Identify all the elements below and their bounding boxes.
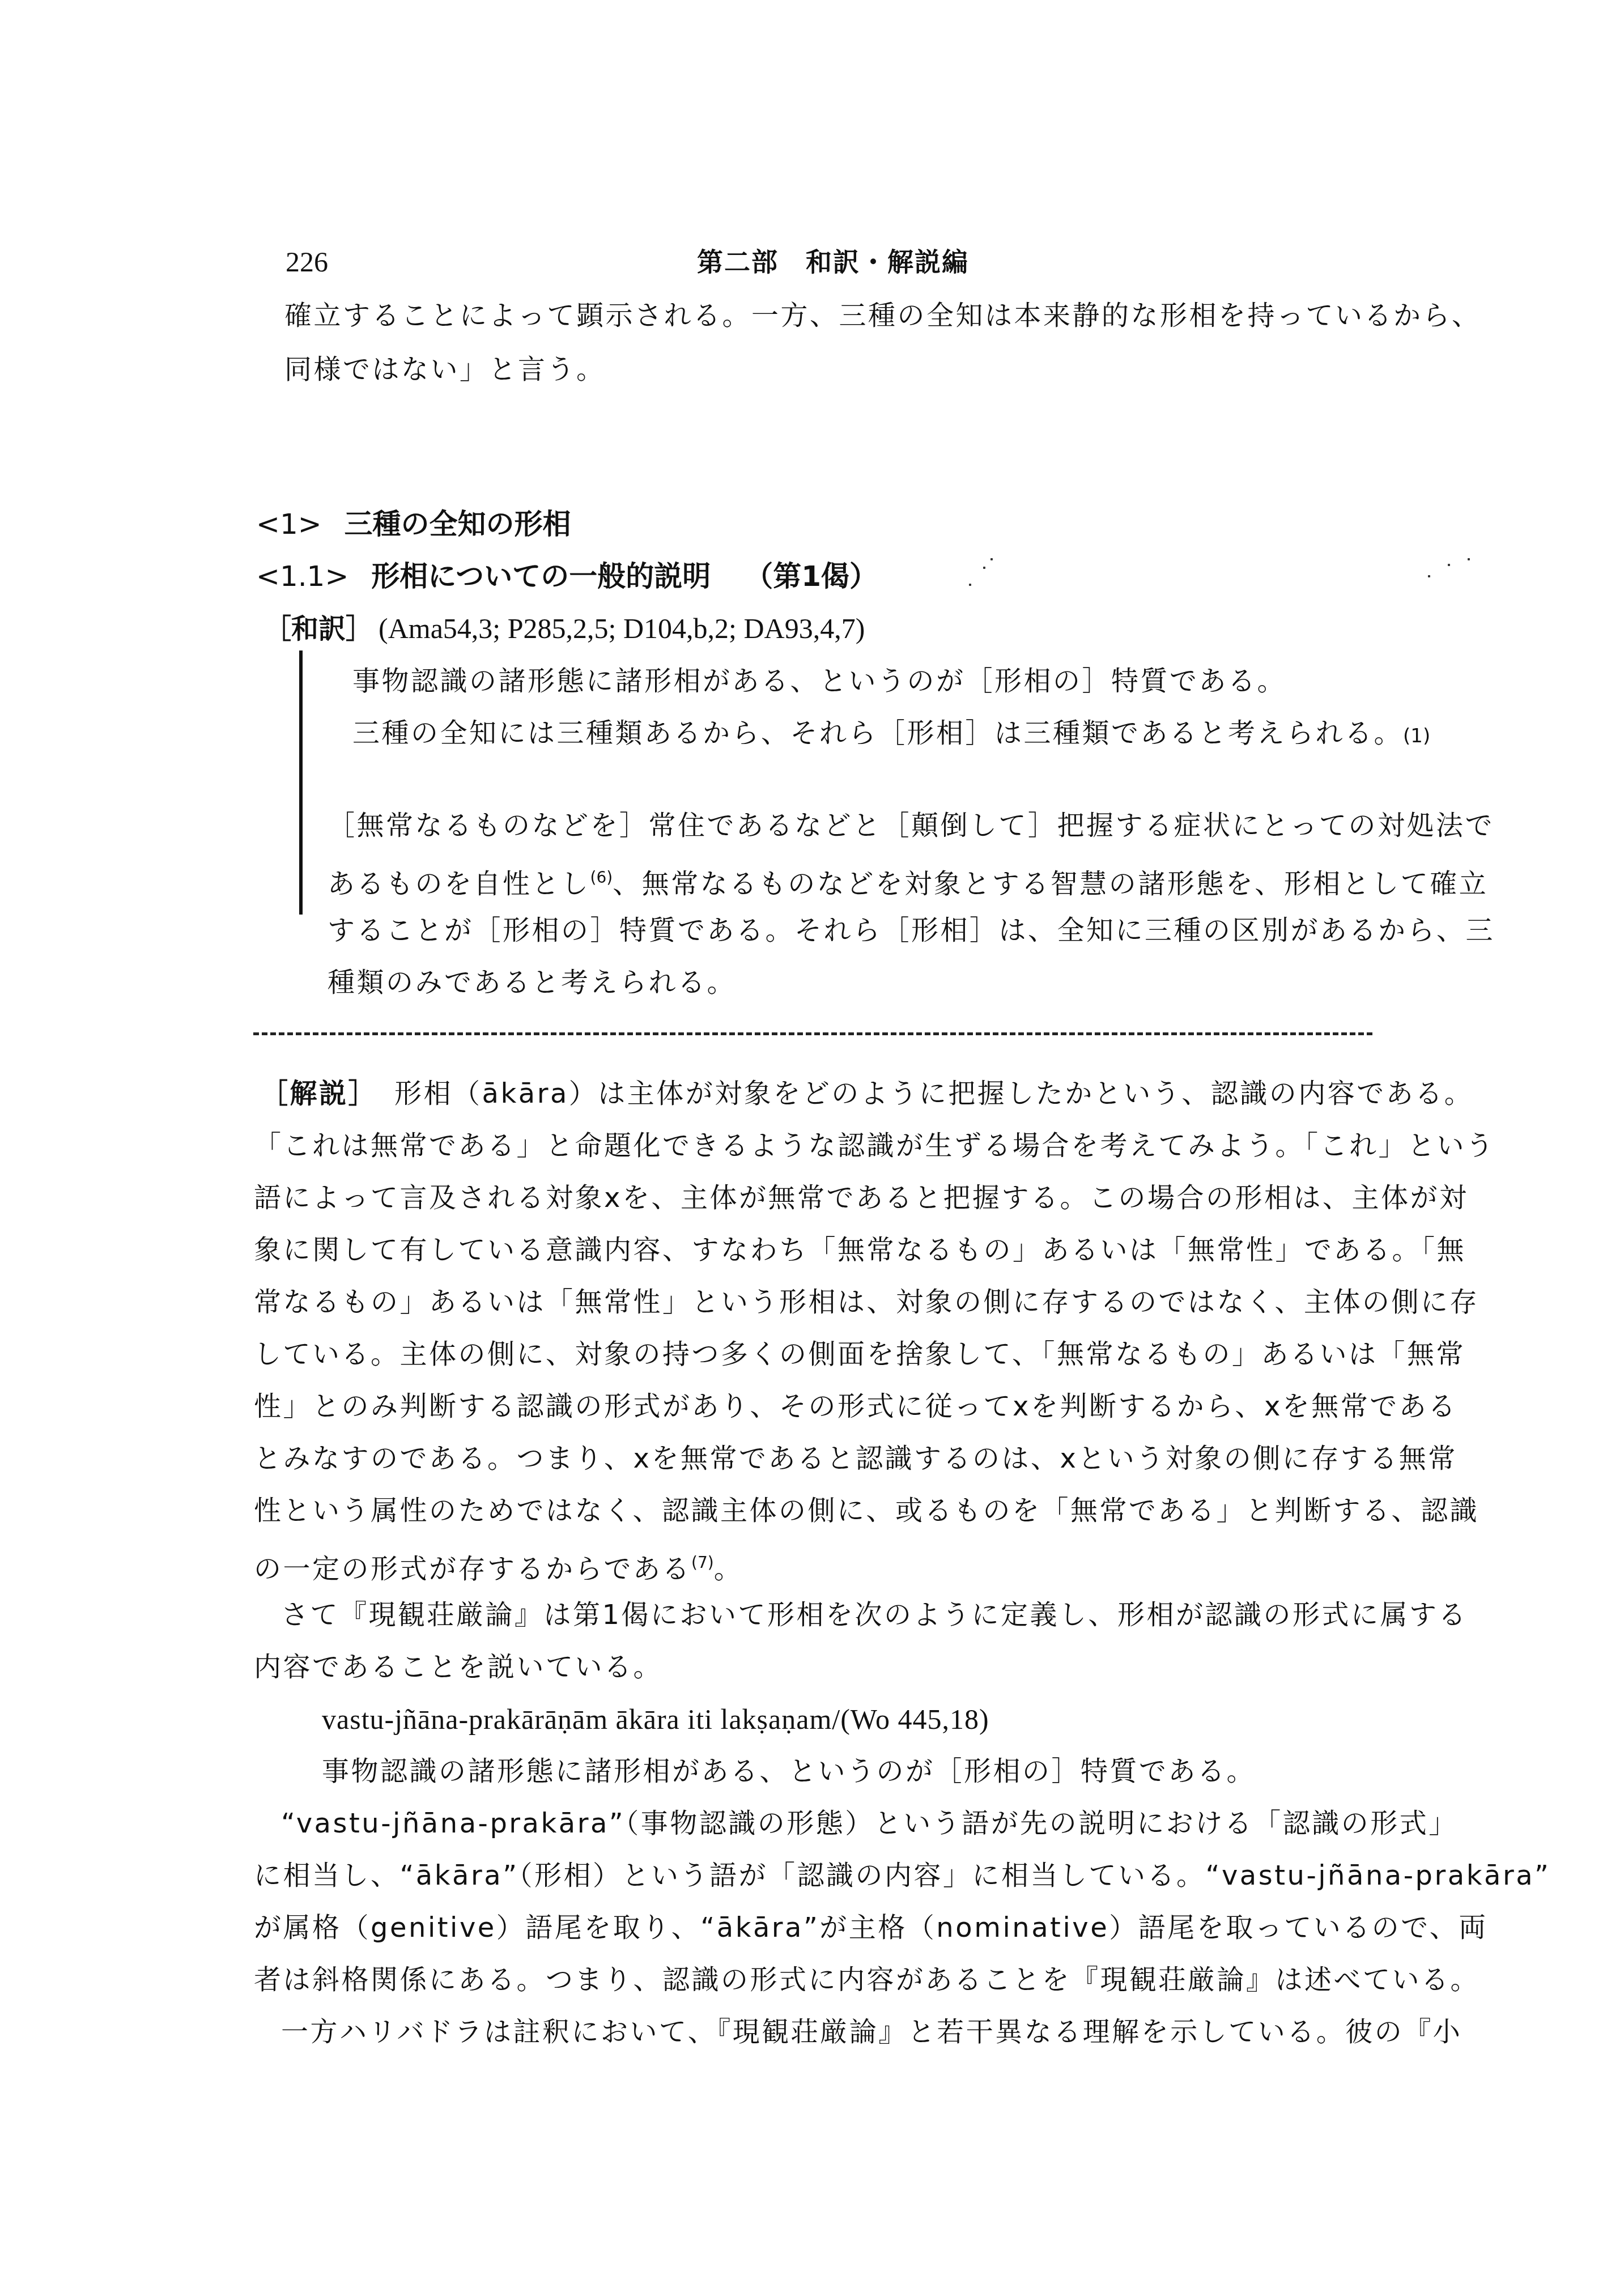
running-title: 第二部 和訳・解説編 (697, 245, 969, 279)
scan-speck (1468, 558, 1470, 560)
scan-speck (969, 584, 971, 586)
explanation-line-7: 性」とのみ判断する認識の形式があり、その形式に従ってxを判断するから、xを無常で… (254, 1388, 1457, 1425)
document-page: 226 第二部 和訳・解説編 確立することによって顕示される。一方、三種の全知は… (0, 0, 1624, 2296)
translation-label: ［和訳］ (264, 613, 373, 645)
translation-block-bar (299, 650, 303, 915)
translation-sources: (Ama54,3; P285,2,5; D104,b,2; DA93,4,7) (379, 613, 865, 644)
japanese-quotation: 事物認識の諸形態に諸形相がある、というのが［形相の］特質である。 (322, 1753, 1256, 1789)
explanation-line-8: とみなすのである。つまり、xを無常であると認識するのは、xという対象の側に存する… (254, 1440, 1457, 1477)
section-title: 三種の全知の形相 (345, 508, 571, 541)
subsection-title: 形相についての一般的説明 (371, 560, 711, 593)
section-heading: <1>三種の全知の形相 (256, 506, 571, 542)
section-number: <1> (256, 508, 322, 541)
paragraph-3-line-4: 者は斜格関係にある。つまり、認識の形式に内容があることを『現観荘厳論』は述べてい… (254, 1962, 1480, 1998)
scan-speck (983, 567, 985, 569)
paragraph-2-line-1: さて『現観荘厳論』は第1偈において形相を次のように定義し、形相が認識の形式に属す… (281, 1597, 1468, 1633)
footnote-ref-7: (7) (691, 1553, 714, 1572)
commentary-line-2b: 、無常なるものなどを対象とする智慧の諸形態を、形相として確立 (613, 868, 1488, 900)
footnote-ref-1: (1) (1403, 725, 1430, 747)
paragraph-2-line-2: 内容であることを説いている。 (254, 1649, 662, 1685)
explanation-line-4: 象に関して有している意識内容、すなわち「無常なるもの」あるいは「無常性」である。… (254, 1232, 1466, 1268)
paragraph-3-line-3: が属格（genitive）語尾を取り、“ākāra”が主格（nominative… (254, 1910, 1488, 1946)
section-divider (253, 1032, 1372, 1035)
commentary-line-3: することが［形相の］特質である。それら［形相］は、全知に三種の区別があるから、三 (328, 912, 1495, 949)
commentary-line-1: ［無常なるものなどを］常住であるなどと［顛倒して］把握する症状にとっての対処法で (328, 807, 1494, 844)
commentary-line-2: あるものを自性とし(6)、無常なるものなどを対象とする智慧の諸形態を、形相として… (328, 860, 1488, 902)
footnote-ref-6: (6) (590, 868, 613, 887)
explanation-label: ［解説］ (261, 1078, 377, 1109)
sanskrit-quotation: vastu-jñāna-prakārāṇām ākāra iti lakṣaṇa… (322, 1701, 989, 1737)
explanation-line-9: 性という属性のためではなく、認識主体の側に、或るものを「無常である」と判断する、… (254, 1493, 1479, 1529)
subsection-heading: <1.1>形相についての一般的説明（第1偈） (256, 558, 878, 594)
explanation-line-1: ［解説］形相（ākāra）は主体が対象をどのように把握したかという、認識の内容で… (261, 1075, 1473, 1112)
commentary-line-2a: あるものを自性とし (328, 868, 590, 900)
verse-number: （第1偈） (745, 560, 878, 593)
explanation-line-3: 語によって言及される対象xを、主体が無常であると把握する。この場合の形相は、主体… (254, 1180, 1468, 1216)
explanation-line-10-tail: 。 (714, 1553, 743, 1585)
scan-speck (1448, 564, 1450, 566)
explanation-line-1-text: 形相（ākāra）は主体が対象をどのように把握したかという、認識の内容である。 (394, 1078, 1473, 1109)
explanation-line-2: 「これは無常である」と命題化できるような認識が生ずる場合を考えてみよう。「これ」… (254, 1128, 1495, 1164)
explanation-line-6: している。主体の側に、対象の持つ多くの側面を捨象して、「無常なるもの」あるいは「… (254, 1336, 1465, 1372)
verse-line-1: 事物認識の諸形態に諸形相がある、というのが［形相の］特質である。 (352, 663, 1286, 699)
commentary-line-4: 種類のみであると考えられる。 (328, 964, 736, 1001)
explanation-line-10-text: の一定の形式が存するからである (254, 1553, 691, 1585)
page-number: 226 (286, 245, 328, 279)
verse-line-2: 三種の全知には三種類あるから、それら［形相］は三種類であると考えられる。(1) (352, 715, 1430, 754)
subsection-number: <1.1> (256, 560, 348, 593)
verse-line-2-text: 三種の全知には三種類あるから、それら［形相］は三種類であると考えられる。 (352, 717, 1403, 749)
scan-speck (990, 558, 993, 560)
continuation-line-2: 同様ではない」と言う。 (284, 351, 606, 388)
paragraph-3-line-1: “vastu-jñāna-prakāra”（事物認識の形態）という語が先の説明に… (281, 1805, 1458, 1842)
translation-reference: ［和訳］(Ama54,3; P285,2,5; D104,b,2; DA93,4… (264, 610, 865, 647)
explanation-line-5: 常なるもの」あるいは「無常性」という形相は、対象の側に存するのではなく、主体の側… (254, 1284, 1479, 1320)
paragraph-3-line-2: に相当し、“ākāra”（形相）という語が「認識の内容」に相当している。“vas… (254, 1857, 1550, 1894)
explanation-line-10: の一定の形式が存するからである(7)。 (254, 1545, 743, 1587)
paragraph-4-line-1: 一方ハリバドラは註釈において、『現観荘厳論』と若干異なる理解を示している。彼の『… (281, 2014, 1462, 2050)
continuation-line-1: 確立することによって顕示される。一方、三種の全知は本来静的な形相を持っているから… (284, 297, 1481, 334)
scan-speck (1428, 575, 1430, 577)
